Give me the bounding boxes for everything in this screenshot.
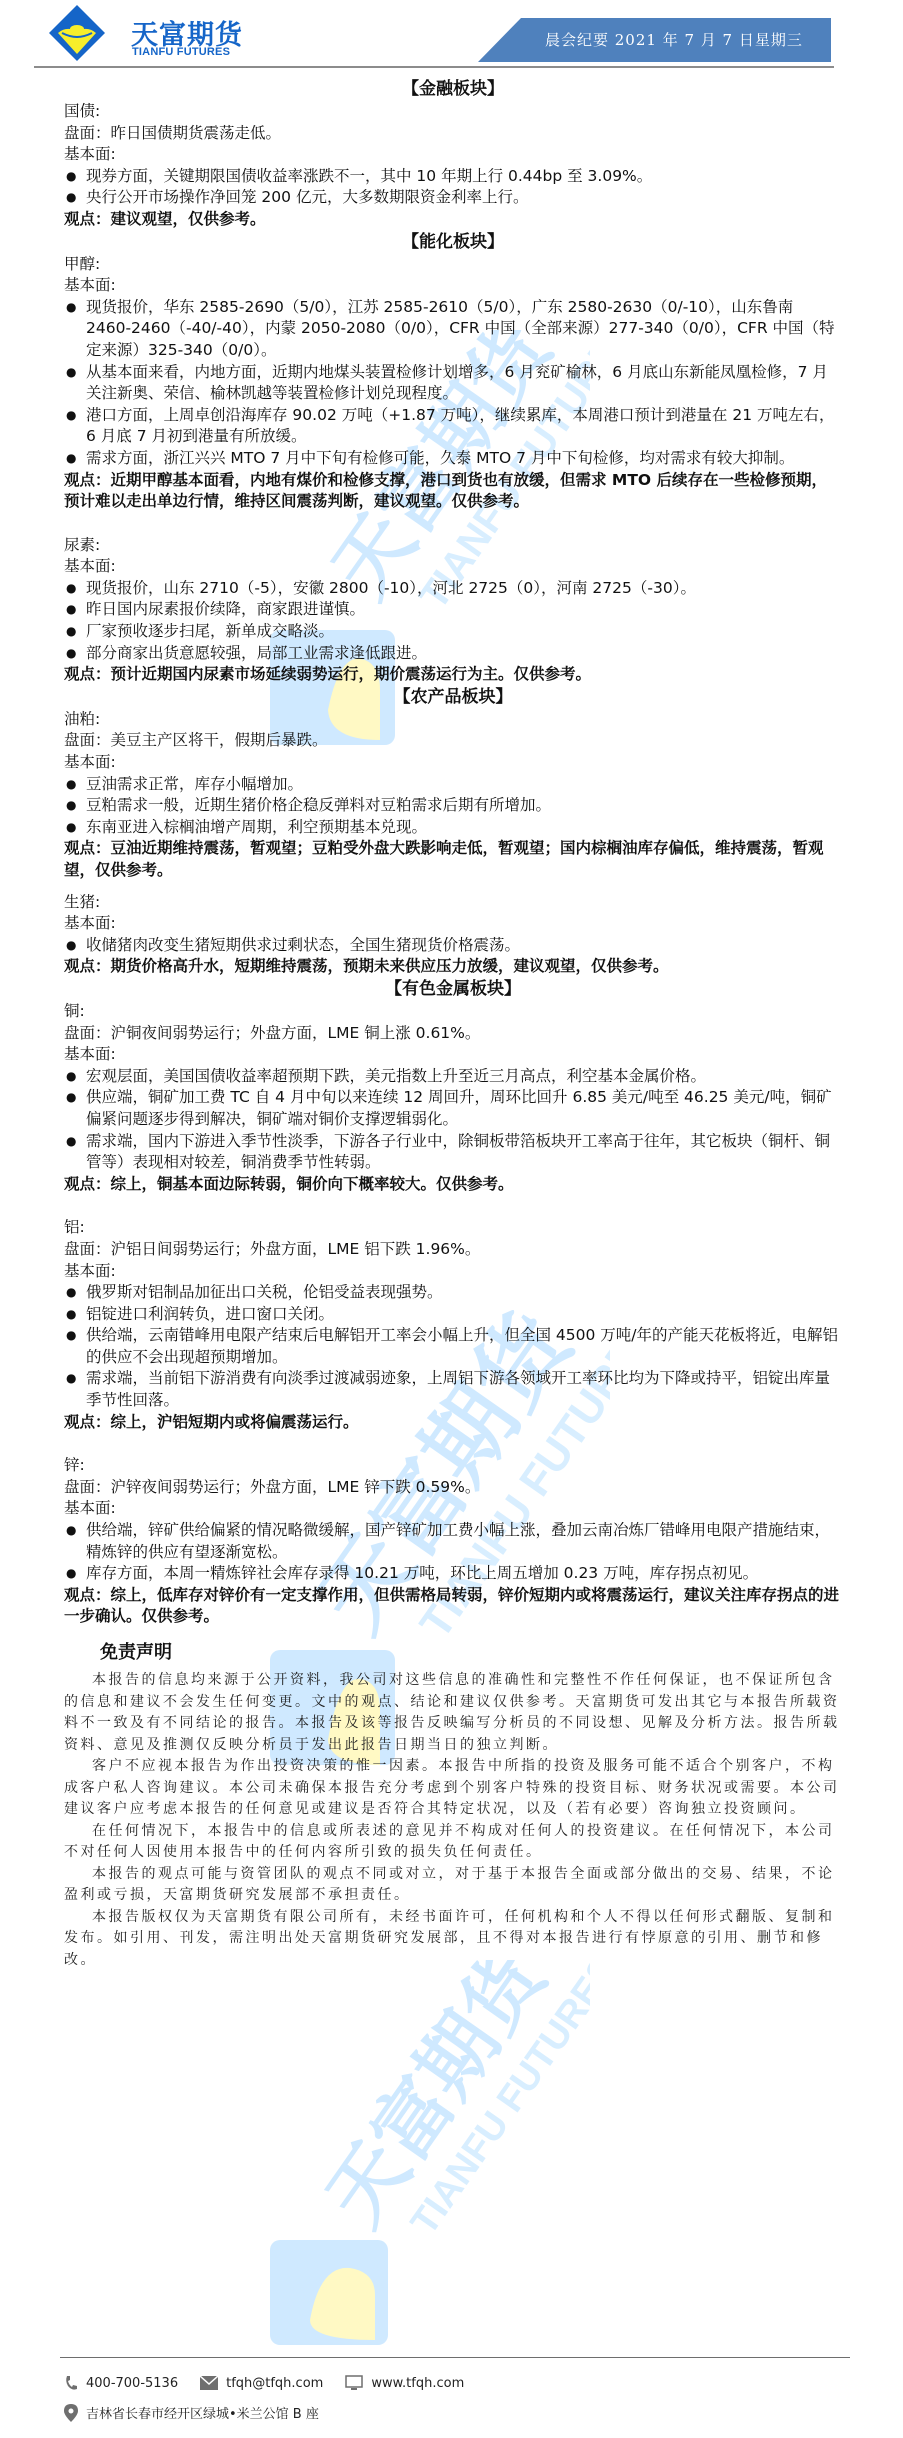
- bullet-item: ●供给端，锌矿供给偏紧的情况略微缓解，国产锌矿加工费小幅上涨，叠加云南冶炼厂错峰…: [64, 1520, 842, 1563]
- bullet-item: ●豆粕需求一般，近期生猪价格企稳反弹料对豆粕需求后期有所增加。: [64, 795, 842, 817]
- section-title-finance: 【金融板块】: [64, 78, 842, 101]
- fundamentals-label: 基本面:: [64, 275, 842, 297]
- fundamentals-label: 基本面:: [64, 913, 842, 935]
- email-address[interactable]: tfqh@tfqh.com: [226, 2376, 323, 2391]
- bullet-item: ●俄罗斯对铝制品加征出口关税，伦铝受益表现强势。: [64, 1282, 842, 1304]
- footer-email: tfqh@tfqh.com: [200, 2376, 323, 2391]
- fundamentals-label: 基本面:: [64, 1498, 842, 1520]
- tianfu-logo-icon: [48, 4, 106, 62]
- footer-website: www.tfqh.com: [345, 2375, 464, 2391]
- product-name-urea: 尿素:: [64, 535, 842, 557]
- bullet-item: ●港口方面，上周卓创沿海库存 90.02 万吨（+1.87 万吨），继续累库，本…: [64, 405, 842, 448]
- product-name-zinc: 锌:: [64, 1455, 842, 1477]
- product-name-aluminum: 铝:: [64, 1217, 842, 1239]
- svg-text:TIANFU FUTURES: TIANFU FUTURES: [403, 1960, 590, 2243]
- bullet-item: ●现货报价，华东 2585-2690（5/0），江苏 2585-2610（5/0…: [64, 297, 842, 362]
- product-name-hogs: 生猪:: [64, 892, 842, 914]
- spacer: [64, 1195, 842, 1217]
- bullet-dot-icon: ●: [66, 1282, 76, 1304]
- bullet-dot-icon: ●: [66, 1304, 76, 1326]
- bullet-dot-icon: ●: [66, 599, 76, 621]
- bullet-item: ●部分商家出货意愿较强，局部工业需求逢低跟进。: [64, 643, 842, 665]
- bullet-dot-icon: ●: [66, 297, 76, 319]
- disclaimer-paragraph: 本报告的信息均来源于公开资料，我公司对这些信息的准确性和完整性不作任何保证，也不…: [64, 1670, 842, 1756]
- email-icon: [200, 2376, 218, 2390]
- bullet-item: ●豆油需求正常，库存小幅增加。: [64, 774, 842, 796]
- bullet-item: ●现券方面，关键期限国债收益率涨跌不一，其中 10 年期上行 0.44bp 至 …: [64, 166, 842, 188]
- bullet-item: ●厂家预收逐步扫尾，新单成交略淡。: [64, 621, 842, 643]
- bullet-item: ●供给端，云南错峰用电限产结束后电解铝开工率会小幅上升，但全国 4500 万吨/…: [64, 1325, 842, 1368]
- view-summary: 观点：综上，沪铝短期内或将偏震荡运行。: [64, 1412, 842, 1434]
- bullet-item: ●收储猪肉改变生猪短期供求过剩状态，全国生猪现货价格震荡。: [64, 935, 842, 957]
- watermark-logo-icon: 天富期货 TIANFU FUTURES: [270, 1960, 590, 2350]
- bullet-item: ●供应端，铜矿加工费 TC 自 4 月中旬以来连续 12 周回升，周环比回升 6…: [64, 1087, 842, 1130]
- view-summary: 观点：期货价格高升水，短期维持震荡，预期未来供应压力放缓，建议观望，仅供参考。: [64, 956, 842, 978]
- phone-icon: [64, 2375, 78, 2391]
- fundamentals-label: 基本面:: [64, 1044, 842, 1066]
- section-title-agriculture: 【农产品板块】: [64, 686, 842, 709]
- fundamentals-label: 基本面:: [64, 144, 842, 166]
- location-pin-icon: [64, 2404, 78, 2422]
- bullet-dot-icon: ●: [66, 643, 76, 665]
- market-summary: 盘面：沪铝日间弱势运行；外盘方面，LME 铝下跌 1.96%。: [64, 1239, 842, 1261]
- report-body: 【金融板块】 国债: 盘面：昨日国债期货震荡走低。 基本面: ●现券方面，关键期…: [64, 78, 842, 1971]
- bullet-dot-icon: ●: [66, 166, 76, 188]
- bullet-dot-icon: ●: [66, 1520, 76, 1542]
- bullet-dot-icon: ●: [66, 362, 76, 384]
- view-summary: 观点：预计近期国内尿素市场延续弱势运行，期价震荡运行为主。仅供参考。: [64, 664, 842, 686]
- bullet-dot-icon: ●: [66, 1368, 76, 1390]
- section-title-nonferrous-metals: 【有色金属板块】: [64, 978, 842, 1001]
- monitor-icon: [345, 2375, 363, 2391]
- market-summary: 盘面：美豆主产区将干，假期后暴跌。: [64, 730, 842, 752]
- disclaimer-paragraph: 本报告的观点可能与资管团队的观点不同或对立，对于基于本报告全面或部分做出的交易、…: [64, 1864, 842, 1907]
- footer-divider: [60, 2357, 850, 2358]
- bullet-item: ●现货报价，山东 2710（-5），安徽 2800（-10），河北 2725（0…: [64, 578, 842, 600]
- market-summary: 盘面：沪铜夜间弱势运行；外盘方面，LME 铜上涨 0.61%。: [64, 1023, 842, 1045]
- market-summary: 盘面：昨日国债期货震荡走低。: [64, 123, 842, 145]
- fundamentals-label: 基本面:: [64, 1261, 842, 1283]
- spacer: [64, 1433, 842, 1455]
- fundamentals-label: 基本面:: [64, 752, 842, 774]
- spacer: [64, 882, 842, 892]
- footer-phone: 400-700-5136: [64, 2375, 178, 2391]
- bullet-item: ●库存方面，本周一精炼锌社会库存录得 10.21 万吨，环比上周五增加 0.23…: [64, 1563, 842, 1585]
- report-date-title: 晨会纪要 2021 年 7 月 7 日星期三: [545, 29, 803, 50]
- bullet-item: ●需求端，当前铝下游消费有向淡季过渡减弱迹象，上周铝下游各领域开工率环比均为下降…: [64, 1368, 842, 1411]
- market-summary: 盘面：沪锌夜间弱势运行；外盘方面，LME 锌下跌 0.59%。: [64, 1477, 842, 1499]
- section-title-energy-chemical: 【能化板块】: [64, 231, 842, 254]
- svg-text:天富期货: 天富期货: [310, 1960, 566, 2241]
- fundamentals-label: 基本面:: [64, 556, 842, 578]
- disclaimer-title: 免责声明: [64, 1636, 842, 1670]
- product-name-oilseeds: 油粕:: [64, 709, 842, 731]
- bullet-item: ●需求方面，浙江兴兴 MTO 7 月中下旬有检修可能，久泰 MTO 7 月中下旬…: [64, 448, 842, 470]
- product-name-treasury: 国债:: [64, 101, 842, 123]
- bullet-item: ●东南亚进入棕榈油增产周期，利空预期基本兑现。: [64, 817, 842, 839]
- disclaimer-paragraph: 本报告版权仅为天富期货有限公司所有，未经书面许可，任何机构和个人不得以任何形式翻…: [64, 1907, 842, 1972]
- view-summary: 观点：综上，低库存对锌价有一定支撑作用，但供需格局转弱，锌价短期内或将震荡运行，…: [64, 1585, 842, 1628]
- bullet-dot-icon: ●: [66, 187, 76, 209]
- footer-address: 吉林省长春市经开区绿城•米兰公馆 B 座: [64, 2403, 319, 2422]
- bullet-item: ●需求端，国内下游进入季节性淡季，下游各子行业中，除铜板带箔板块开工率高于往年，…: [64, 1131, 842, 1174]
- bullet-dot-icon: ●: [66, 774, 76, 796]
- disclaimer-paragraph: 在任何情况下，本报告中的信息或所表述的意见并不构成对任何人的投资建议。在任何情况…: [64, 1821, 842, 1864]
- bullet-dot-icon: ●: [66, 621, 76, 643]
- bullet-dot-icon: ●: [66, 935, 76, 957]
- bullet-dot-icon: ●: [66, 1325, 76, 1347]
- disclaimer-paragraph: 客户不应视本报告为作出投资决策的惟一因素。本报告中所指的投资及服务可能不适合个别…: [64, 1756, 842, 1821]
- report-header: 天富期货 TIANFU FUTURES 晨会纪要 2021 年 7 月 7 日星…: [0, 0, 903, 70]
- footer-contacts: 400-700-5136 tfqh@tfqh.com www.tfqh.com: [64, 2375, 486, 2391]
- phone-number: 400-700-5136: [86, 2376, 178, 2391]
- product-name-methanol: 甲醇:: [64, 254, 842, 276]
- bullet-dot-icon: ●: [66, 795, 76, 817]
- view-summary: 观点：近期甲醇基本面看，内地有煤价和检修支撑，港口到货也有放缓，但需求 MTO …: [64, 470, 842, 513]
- bullet-dot-icon: ●: [66, 1131, 76, 1153]
- spacer: [64, 513, 842, 535]
- address-text: 吉林省长春市经开区绿城•米兰公馆 B 座: [86, 2403, 319, 2422]
- bullet-dot-icon: ●: [66, 448, 76, 470]
- view-summary: 观点：建议观望，仅供参考。: [64, 209, 842, 231]
- bullet-item: ●宏观层面，美国国债收益率超预期下跌，美元指数上升至近三月高点，利空基本金属价格…: [64, 1066, 842, 1088]
- bullet-dot-icon: ●: [66, 1087, 76, 1109]
- bullet-item: ●铝锭进口利润转负，进口窗口关闭。: [64, 1304, 842, 1326]
- watermark-3: 天富期货 TIANFU FUTURES: [270, 1960, 590, 2350]
- view-summary: 观点：综上，铜基本面边际转弱，铜价向下概率较大。仅供参考。: [64, 1174, 842, 1196]
- view-summary: 观点：豆油近期维持震荡，暂观望；豆粕受外盘大跌影响走低，暂观望；国内棕榈油库存偏…: [64, 838, 842, 881]
- bullet-item: ●从基本面来看，内地方面，近期内地煤头装置检修计划增多，6 月兖矿榆林，6 月底…: [64, 362, 842, 405]
- bullet-dot-icon: ●: [66, 1066, 76, 1088]
- header-divider: [34, 66, 834, 68]
- bullet-dot-icon: ●: [66, 817, 76, 839]
- bullet-dot-icon: ●: [66, 578, 76, 600]
- bullet-item: ●央行公开市场操作净回笼 200 亿元，大多数期限资金利率上行。: [64, 187, 842, 209]
- footer-address-row: 吉林省长春市经开区绿城•米兰公馆 B 座: [64, 2403, 341, 2422]
- website-url[interactable]: www.tfqh.com: [371, 2376, 464, 2391]
- logo-english-name: TIANFU FUTURES: [132, 46, 230, 58]
- bullet-dot-icon: ●: [66, 405, 76, 427]
- product-name-copper: 铜:: [64, 1001, 842, 1023]
- bullet-dot-icon: ●: [66, 1563, 76, 1585]
- bullet-item: ●昨日国内尿素报价续降，商家跟进谨慎。: [64, 599, 842, 621]
